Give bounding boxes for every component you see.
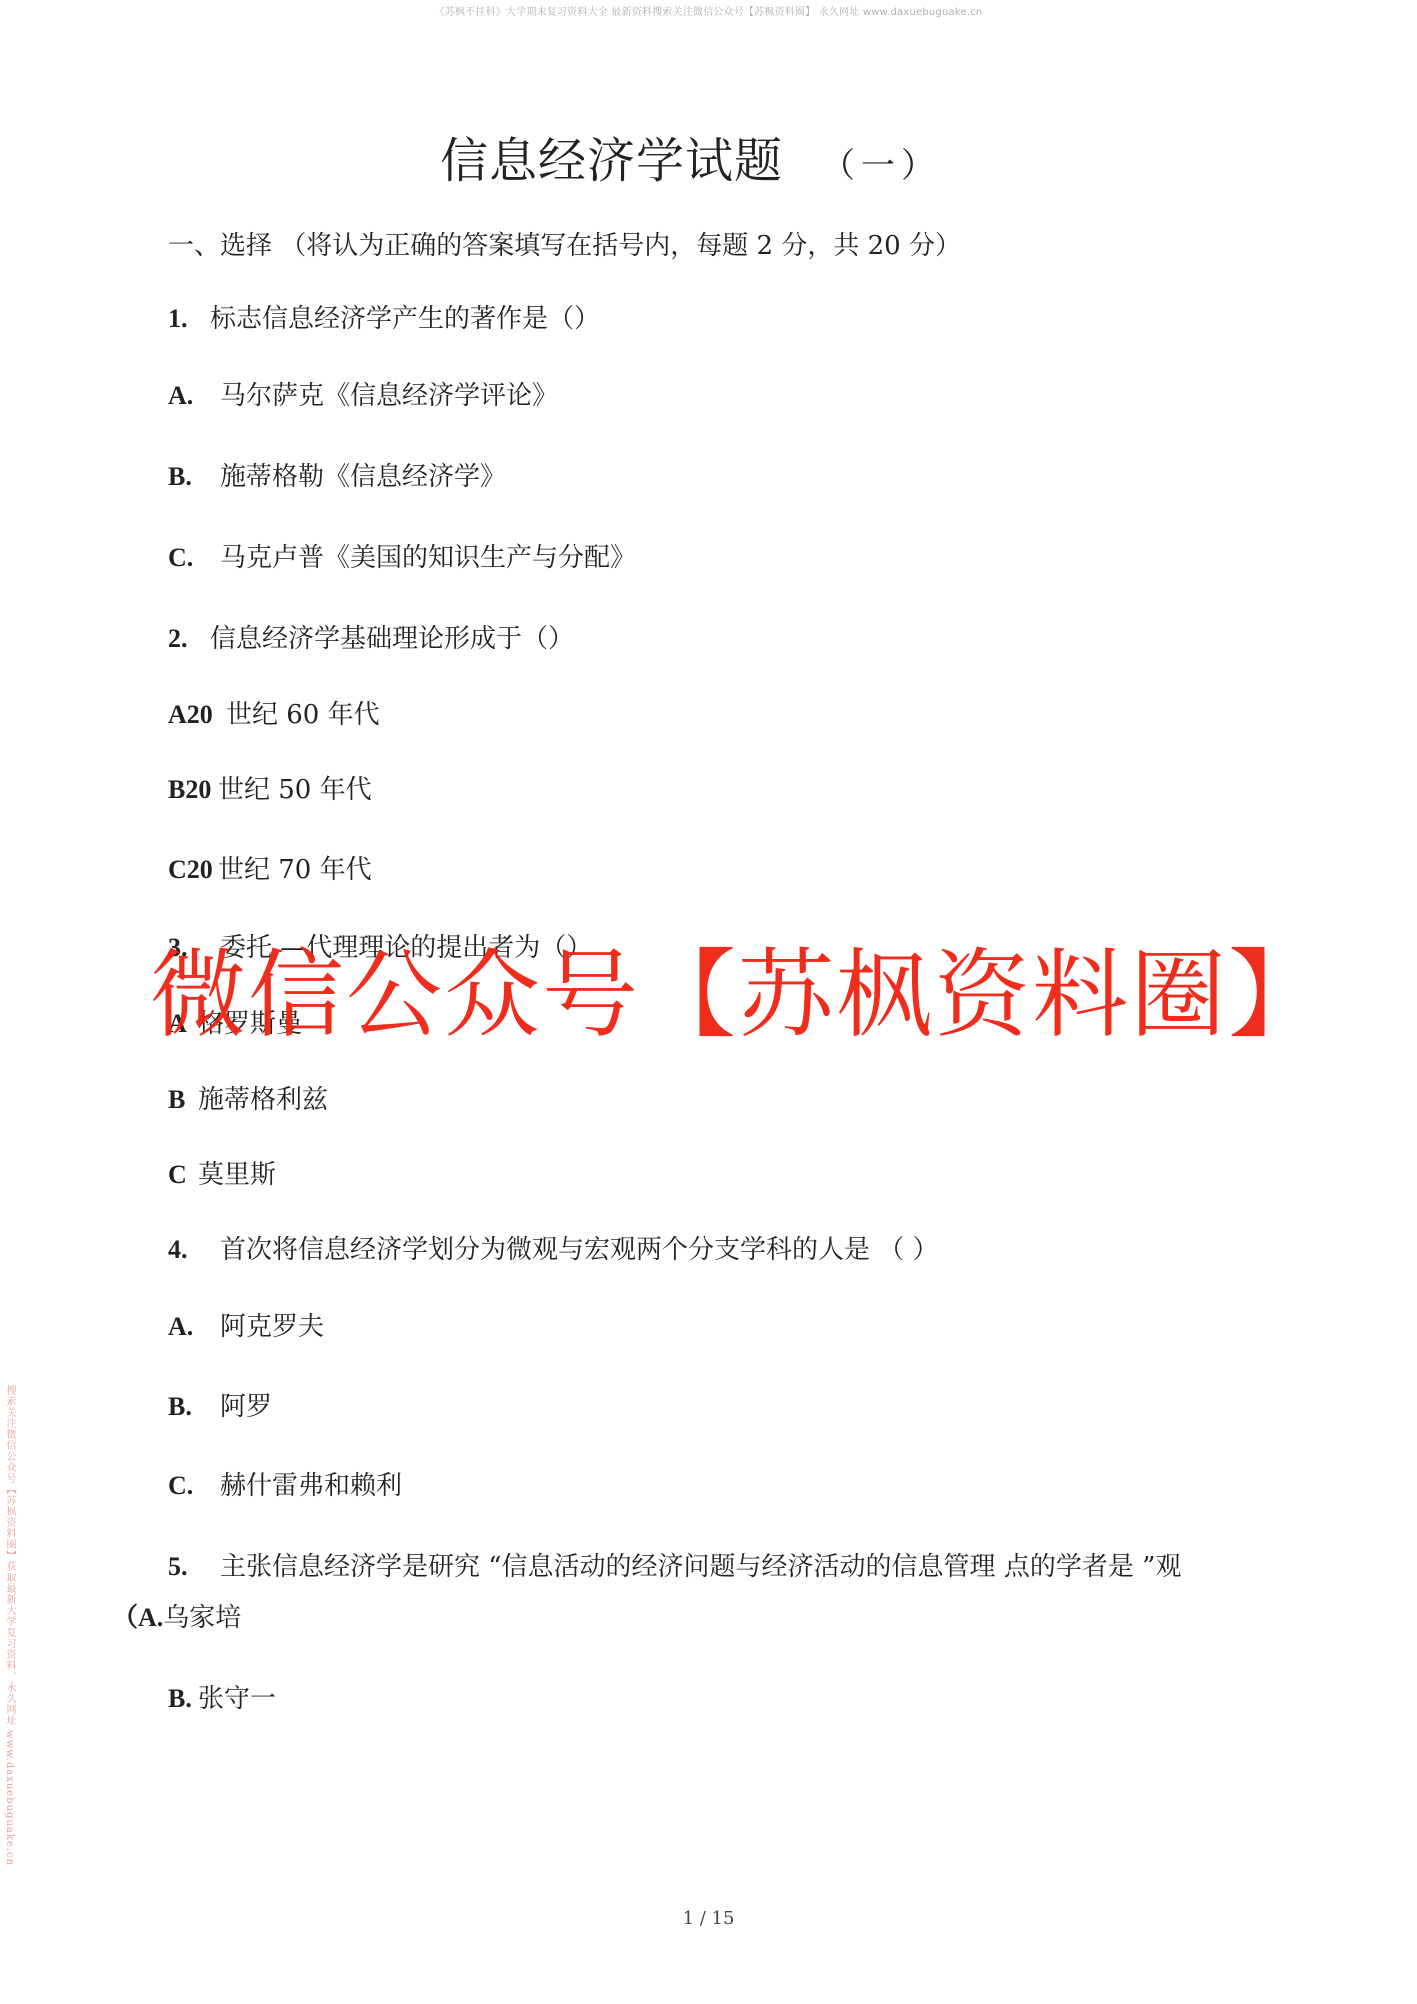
option-3b: B施蒂格利兹 — [168, 1084, 328, 1116]
header-banner: 《苏枫不挂科》大学期末复习资料大全 最新资料搜索关注微信公众号【苏枫资料圈】 永… — [0, 3, 1417, 18]
question-1: 1.标志信息经济学产生的著作是（） — [168, 303, 600, 335]
option-1a: A.马尔萨克《信息经济学评论》 — [168, 380, 558, 412]
option-text: 世纪 70 年代 — [218, 855, 372, 885]
question-2: 2.信息经济学基础理论形成于（） — [168, 623, 574, 655]
option-text: 赫什雷弗和赖利 — [220, 1471, 402, 1501]
question-3: 3.委托 —代理理论的提出者为（） — [168, 932, 592, 964]
page-title: 信息经济学试题（一） — [440, 122, 941, 191]
option-4a: A.阿克罗夫 — [168, 1311, 324, 1343]
option-2a: A20世纪 60 年代 — [168, 699, 380, 731]
option-3a: A格罗斯曼 — [168, 1008, 302, 1040]
question-number: 5. — [168, 1551, 220, 1583]
option-text: 乌家培 — [163, 1603, 241, 1633]
option-label: B — [168, 1084, 198, 1116]
option-4c: C.赫什雷弗和赖利 — [168, 1470, 402, 1502]
option-text: 莫里斯 — [198, 1160, 276, 1190]
option-text: 施蒂格利兹 — [198, 1085, 328, 1115]
question-text: 首次将信息经济学划分为微观与宏观两个分支学科的人是 （ ） — [220, 1235, 939, 1265]
option-label: C — [168, 1159, 198, 1191]
question-number: 1. — [168, 303, 210, 335]
question-4: 4.首次将信息经济学划分为微观与宏观两个分支学科的人是 （ ） — [168, 1234, 939, 1266]
option-4b: B.阿罗 — [168, 1391, 272, 1423]
option-text: 阿克罗夫 — [220, 1312, 324, 1342]
title-sub: （一） — [821, 146, 941, 186]
question-number: 4. — [168, 1234, 220, 1266]
option-3c: C莫里斯 — [168, 1159, 276, 1191]
option-label: C. — [168, 542, 220, 574]
option-2c: C20世纪 70 年代 — [168, 854, 372, 886]
option-1b: B.施蒂格勒《信息经济学》 — [168, 461, 506, 493]
option-label: （A. — [112, 1602, 163, 1634]
section-heading: 一、选择 （将认为正确的答案填写在括号内，每题 2 分，共 20 分） — [168, 230, 961, 262]
option-1c: C.马克卢普《美国的知识生产与分配》 — [168, 542, 636, 574]
option-label: A. — [168, 1311, 220, 1343]
option-label: B. — [168, 1683, 198, 1715]
question-text: 委托 —代理理论的提出者为（） — [220, 933, 592, 963]
option-text: 张守一 — [198, 1684, 276, 1714]
option-text: 施蒂格勒《信息经济学》 — [220, 462, 506, 492]
question-text: 信息经济学基础理论形成于（） — [210, 624, 574, 654]
option-label: C. — [168, 1470, 220, 1502]
option-5b: B.张守一 — [168, 1683, 276, 1715]
option-text: 世纪 50 年代 — [218, 775, 372, 805]
question-number: 2. — [168, 623, 210, 655]
option-text: 马尔萨克《信息经济学评论》 — [220, 381, 558, 411]
question-text: 主张信息经济学是研究 “信息活动的经济问题与经济活动的信息管理 点的学者是 ”观 — [220, 1552, 1181, 1582]
option-text: 阿罗 — [220, 1392, 272, 1422]
option-5a: （A.乌家培 — [112, 1602, 241, 1634]
side-banner: 搜索关注微信公众号【苏枫资料圈】获取最新大学复习资料，永久网址 www.daxu… — [3, 1385, 15, 1866]
option-label: C20 — [168, 854, 218, 886]
question-text: 标志信息经济学产生的著作是（） — [210, 304, 600, 334]
option-label: B. — [168, 1391, 220, 1423]
question-5: 5.主张信息经济学是研究 “信息活动的经济问题与经济活动的信息管理 点的学者是 … — [168, 1551, 1181, 1583]
option-label: B20 — [168, 774, 218, 806]
option-label: B. — [168, 461, 220, 493]
question-number: 3. — [168, 932, 220, 964]
option-label: A — [168, 1008, 198, 1040]
option-2b: B20世纪 50 年代 — [168, 774, 372, 806]
page-number: 1 / 15 — [0, 1908, 1417, 1929]
title-main: 信息经济学试题 — [440, 133, 783, 189]
option-label: A. — [168, 380, 220, 412]
option-text: 格罗斯曼 — [198, 1009, 302, 1039]
option-text: 马克卢普《美国的知识生产与分配》 — [220, 543, 636, 573]
option-text: 世纪 60 年代 — [226, 700, 380, 730]
option-label: A20 — [168, 699, 226, 731]
